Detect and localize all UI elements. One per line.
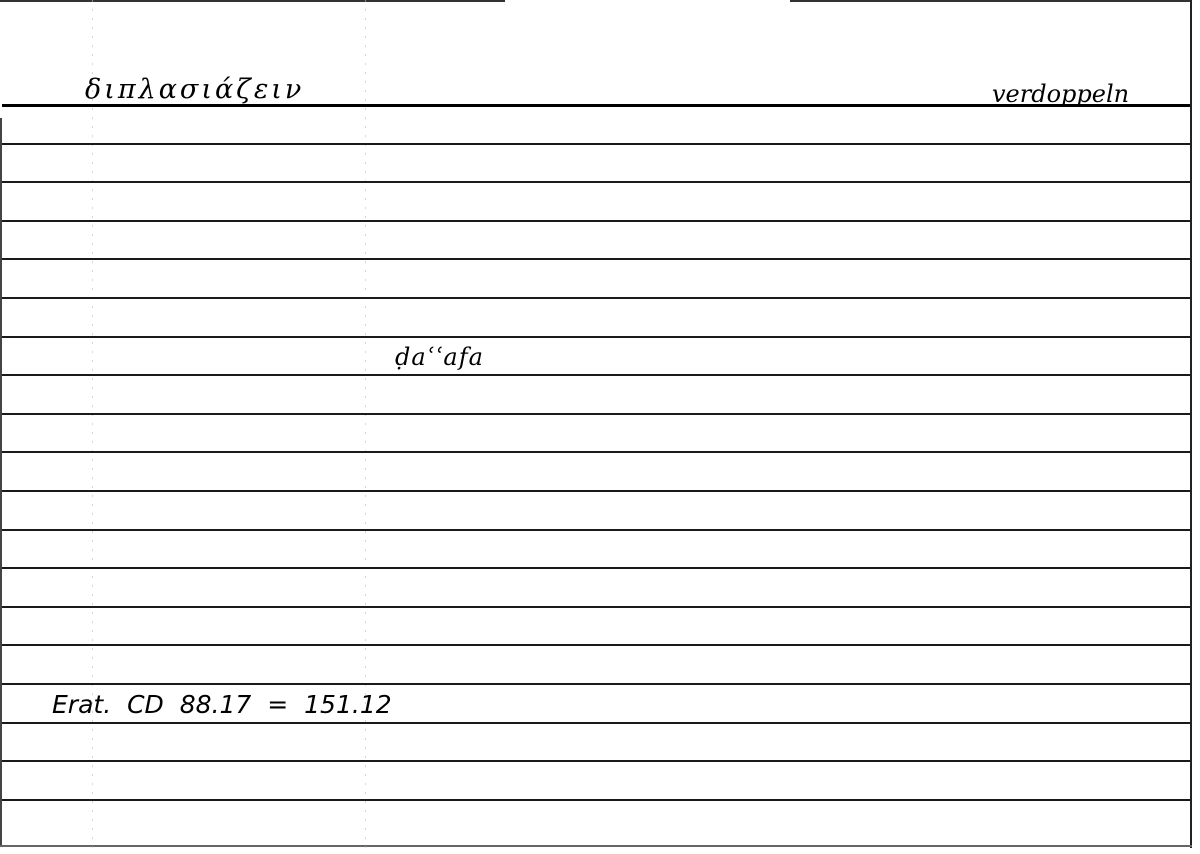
ruled-line: [2, 683, 1190, 685]
ruled-line: [2, 644, 1190, 646]
ruled-line: [2, 297, 1190, 299]
german-translation: verdoppeln: [992, 82, 1129, 106]
card-border-bottom: [0, 845, 1192, 847]
ruled-line: [2, 451, 1190, 453]
ruled-line: [2, 258, 1190, 260]
ruled-line: [2, 220, 1190, 222]
card-border-top-left: [0, 0, 505, 2]
source-reference: Erat. CD 88.17 = 151.12: [52, 692, 392, 717]
ruled-line: [2, 606, 1190, 608]
arabic-equivalent: ḍaʿʿafa: [395, 345, 484, 369]
faint-vertical-guide: [365, 0, 366, 854]
ruled-line: [2, 374, 1190, 376]
ruled-line: [2, 413, 1190, 415]
ruled-line: [2, 722, 1190, 724]
ruled-line: [2, 529, 1190, 531]
ruled-line: [2, 143, 1190, 145]
faint-vertical-guide: [92, 0, 93, 854]
ruled-line: [2, 181, 1190, 183]
ruled-line: [2, 567, 1190, 569]
card-border-top-right: [790, 0, 1192, 2]
card-border-left: [0, 118, 2, 846]
ruled-line: [2, 336, 1190, 338]
ruled-line: [2, 799, 1190, 801]
card-border-right: [1190, 0, 1192, 848]
ruled-line: [2, 760, 1190, 762]
ruled-line: [2, 490, 1190, 492]
greek-headword: διπλασιάζειν: [85, 76, 304, 103]
index-card: διπλασιάζειν verdoppeln ḍaʿʿafa Erat. CD…: [0, 0, 1200, 854]
